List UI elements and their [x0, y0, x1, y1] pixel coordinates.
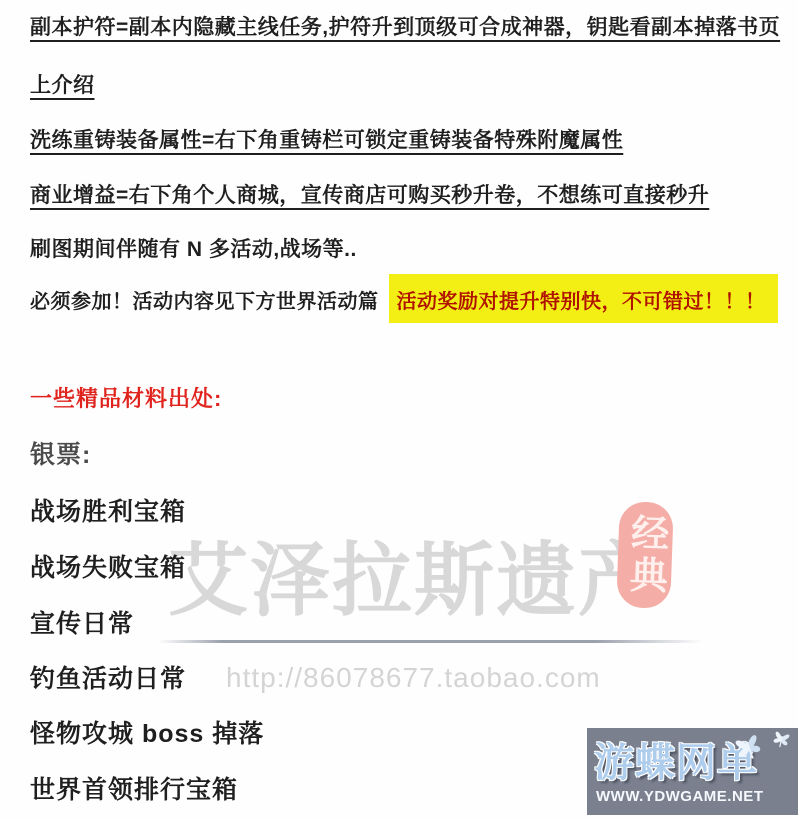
butterfly-icon [769, 726, 795, 752]
list-item-silver-note: 银票: [30, 440, 91, 470]
site-logo-badge: 游蝶网单 WWW.YDWGAME.NET [587, 728, 798, 815]
list-item-victory-chest: 战场胜利宝箱 [30, 497, 186, 527]
list-item-boss-drop: 怪物攻城 boss 掉落 [30, 719, 264, 749]
list-item-worldboss-chest: 世界首领排行宝箱 [30, 775, 238, 805]
classic-seal-stamp: 经典 [616, 501, 674, 609]
doc-line-must-join: 必须参加！活动内容见下方世界活动篇活动奖励对提升特别快，不可错过！！！ [30, 288, 778, 316]
list-item-fishing-daily: 钓鱼活动日常 [30, 664, 186, 694]
site-logo-url: WWW.YDWGAME.NET [596, 788, 763, 806]
watermark-divider-line [158, 640, 703, 643]
list-item-daily-promo: 宣传日常 [30, 609, 134, 639]
doc-line-activities: 刷图期间伴随有 N 多活动,战场等.. [30, 236, 357, 264]
highlighted-reward-note: 活动奖励对提升特别快，不可错过！！！ [389, 274, 778, 323]
doc-line-amulet-2: 上介绍 [30, 72, 95, 100]
seal-text: 经典 [617, 512, 674, 598]
doc-line-reforge: 洗练重铸装备属性=右下角重铸栏可锁定重铸装备特殊附魔属性 [30, 127, 623, 155]
watermark-brand-text: 艾泽拉斯遗产 [168, 531, 660, 631]
watermark-shop-url: http://86078677.taobao.com [226, 663, 601, 693]
doc-line-commerce: 商业增益=右下角个人商城，宣传商店可购买秒升卷，不想练可直接秒升 [30, 182, 709, 210]
doc-line-amulet-1: 副本护符=副本内隐藏主线任务,护符升到顶级可合成神器，钥匙看副本掉落书页 [30, 14, 780, 42]
list-item-defeat-chest: 战场失败宝箱 [30, 553, 186, 583]
materials-section-heading: 一些精品材料出处: [30, 385, 222, 413]
must-join-text: 必须参加！活动内容见下方世界活动篇 [30, 291, 379, 313]
